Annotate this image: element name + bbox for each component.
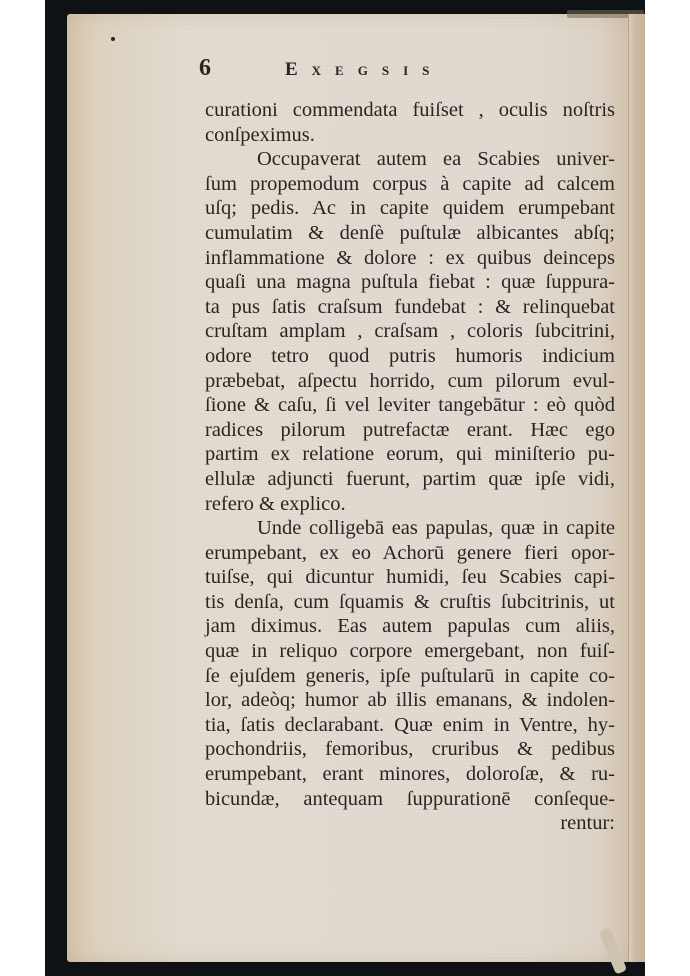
text-line: tia, ſatis declarabant. Quæ enim in Vent…	[205, 713, 615, 738]
text-line: tis denſa, cum ſquamis & cruſtis ſubcitr…	[205, 590, 615, 615]
text-line: erumpebant, ex eo Achorū genere fieri op…	[205, 541, 615, 566]
paragraph-2: Occupaverat autem ea Scabies univer- ſum…	[205, 147, 615, 516]
running-head: Exegsis	[285, 58, 443, 83]
text-line: odore tetro quod putris humoris indicium	[205, 344, 615, 369]
text-line: ſum propemodum corpus à capite ad calcem	[205, 172, 615, 197]
page-gutter	[628, 14, 645, 962]
page-header: 6 Exegsis	[199, 56, 615, 98]
text-line: inflammatione & dolore : ex quibus deinc…	[205, 246, 615, 271]
text-line: refero & explico.	[205, 492, 615, 517]
paragraph-1: curationi commendata fuiſset , oculis no…	[205, 98, 615, 147]
text-line: ellulæ adjuncti fuerunt, partim quæ ipſe…	[205, 467, 615, 492]
text-line: ſione & caſu, ſi vel leviter tangebātur …	[205, 393, 615, 418]
text-line: conſpeximus.	[205, 123, 615, 148]
text-line: Unde colligebā eas papulas, quæ in capit…	[205, 516, 615, 541]
text-line: radices pilorum putrefactæ erant. Hæc eg…	[205, 418, 615, 443]
page-text: 6 Exegsis curationi commendata fuiſset ,…	[205, 56, 615, 836]
text-line: præbebat, aſpectu horrido, cum pilorum e…	[205, 369, 615, 394]
text-line: lor, adeòq; humor ab illis emanans, & in…	[205, 688, 615, 713]
page-number: 6	[199, 56, 285, 81]
text-line: erumpebant, erant minores, doloroſæ, & r…	[205, 762, 615, 787]
text-line: quæ in reliquo corpore emergebant, non f…	[205, 639, 615, 664]
text-line: partim ex relatione eorum, qui miniſteri…	[205, 442, 615, 467]
text-line: ſe ejuſdem generis, ipſe puſtularū in ca…	[205, 664, 615, 689]
text-line: bicundæ, antequam ſuppurationē conſeque-	[205, 787, 615, 812]
ink-speck	[111, 37, 115, 41]
text-line: pochondriis, femoribus, cruribus & pedib…	[205, 737, 615, 762]
text-line: quaſi una magna puſtula fiebat : quæ ſup…	[205, 270, 615, 295]
text-line: curationi commendata fuiſset , oculis no…	[205, 98, 615, 123]
text-line: uſq; pedis. Ac in capite quidem erumpeba…	[205, 196, 615, 221]
text-line: jam diximus. Eas autem papulas cum aliis…	[205, 614, 615, 639]
paragraph-3: Unde colligebā eas papulas, quæ in capit…	[205, 516, 615, 811]
text-line: Occupaverat autem ea Scabies univer-	[205, 147, 615, 172]
text-line: tuiſse, qui dicuntur humidi, ſeu Scabies…	[205, 565, 615, 590]
text-line: cruſtam amplam , craſsam , coloris ſubci…	[205, 319, 615, 344]
catchword: rentur:	[205, 811, 615, 836]
text-line: ta pus ſatis craſsum fundebat : & relinq…	[205, 295, 615, 320]
text-line: cumulatim & denſè puſtulæ albicantes abſ…	[205, 221, 615, 246]
